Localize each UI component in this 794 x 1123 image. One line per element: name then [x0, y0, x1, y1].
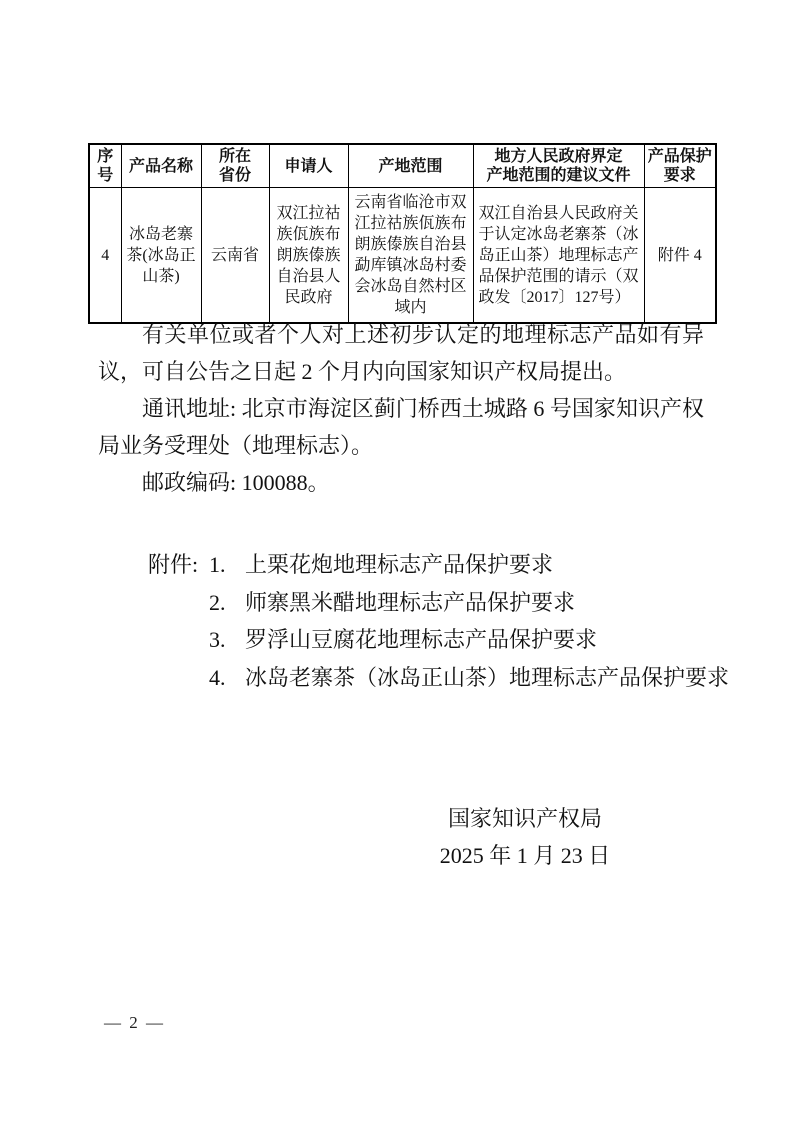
attachment-item: 4. 冰岛老寨茶（冰岛正山茶）地理标志产品保护要求 — [148, 659, 729, 697]
col-header-province: 所在 省份 — [201, 144, 269, 188]
body-text-block: 有关单位或者个人对上述初步认定的地理标志产品如有异议，可自公告之日起 2 个月内… — [98, 316, 704, 501]
document-page: 序 号 产品名称 所在 省份 申请人 产地范围 地方人民政府界定 产地范围的建议… — [0, 0, 794, 1123]
page-number: — 2 — — [104, 1013, 165, 1033]
paragraph-objection: 有关单位或者个人对上述初步认定的地理标志产品如有异议，可自公告之日起 2 个月内… — [98, 316, 704, 390]
paragraph-postal-code: 邮政编码: 100088。 — [98, 464, 704, 501]
signature-date: 2025 年 1 月 23 日 — [372, 837, 678, 874]
cell-seq-no: 4 — [89, 188, 121, 324]
col-header-gov-document: 地方人民政府界定 产地范围的建议文件 — [473, 144, 644, 188]
cell-gov-document: 双江自治县人民政府关于认定冰岛老寨茶（冰岛正山茶）地理标志产品保护范围的请示（双… — [473, 188, 644, 324]
col-header-protection-req: 产品保护 要求 — [644, 144, 716, 188]
attachment-title: 师寨黑米醋地理标志产品保护要求 — [245, 584, 575, 622]
cell-product-name: 冰岛老寨茶(冰岛正山茶) — [121, 188, 201, 324]
attachment-item: 附件: 1. 上栗花炮地理标志产品保护要求 — [148, 546, 729, 584]
attachment-title: 罗浮山豆腐花地理标志产品保护要求 — [245, 621, 597, 659]
attachment-number: 2. — [209, 584, 245, 622]
gi-products-table: 序 号 产品名称 所在 省份 申请人 产地范围 地方人民政府界定 产地范围的建议… — [88, 143, 717, 324]
signature-org: 国家知识产权局 — [372, 800, 678, 837]
col-header-seq-no: 序 号 — [89, 144, 121, 188]
col-header-product-name: 产品名称 — [121, 144, 201, 188]
attachments-label: 附件: — [148, 546, 209, 584]
attachment-number: 3. — [209, 621, 245, 659]
col-header-origin-area: 产地范围 — [348, 144, 473, 188]
cell-origin-area: 云南省临沧市双江拉祜族佤族布朗族傣族自治县勐库镇冰岛村委会冰岛自然村区域内 — [348, 188, 473, 324]
attachment-item: 3. 罗浮山豆腐花地理标志产品保护要求 — [148, 621, 729, 659]
attachment-title: 冰岛老寨茶（冰岛正山茶）地理标志产品保护要求 — [245, 659, 729, 697]
table-row: 4 冰岛老寨茶(冰岛正山茶) 云南省 双江拉祜族佤族布朗族傣族自治县人民政府 云… — [89, 188, 716, 324]
cell-province: 云南省 — [201, 188, 269, 324]
cell-applicant: 双江拉祜族佤族布朗族傣族自治县人民政府 — [269, 188, 348, 324]
attachment-number: 4. — [209, 659, 245, 697]
cell-protection-req: 附件 4 — [644, 188, 716, 324]
table-header-row: 序 号 产品名称 所在 省份 申请人 产地范围 地方人民政府界定 产地范围的建议… — [89, 144, 716, 188]
attachment-title: 上栗花炮地理标志产品保护要求 — [245, 546, 553, 584]
paragraph-address: 通讯地址: 北京市海淀区蓟门桥西土城路 6 号国家知识产权局业务受理处（地理标志… — [98, 390, 704, 464]
attachment-item: 2. 师寨黑米醋地理标志产品保护要求 — [148, 584, 729, 622]
attachments-list: 附件: 1. 上栗花炮地理标志产品保护要求 2. 师寨黑米醋地理标志产品保护要求… — [148, 546, 729, 696]
attachment-number: 1. — [209, 546, 245, 584]
col-header-applicant: 申请人 — [269, 144, 348, 188]
signature-block: 国家知识产权局 2025 年 1 月 23 日 — [372, 800, 678, 874]
